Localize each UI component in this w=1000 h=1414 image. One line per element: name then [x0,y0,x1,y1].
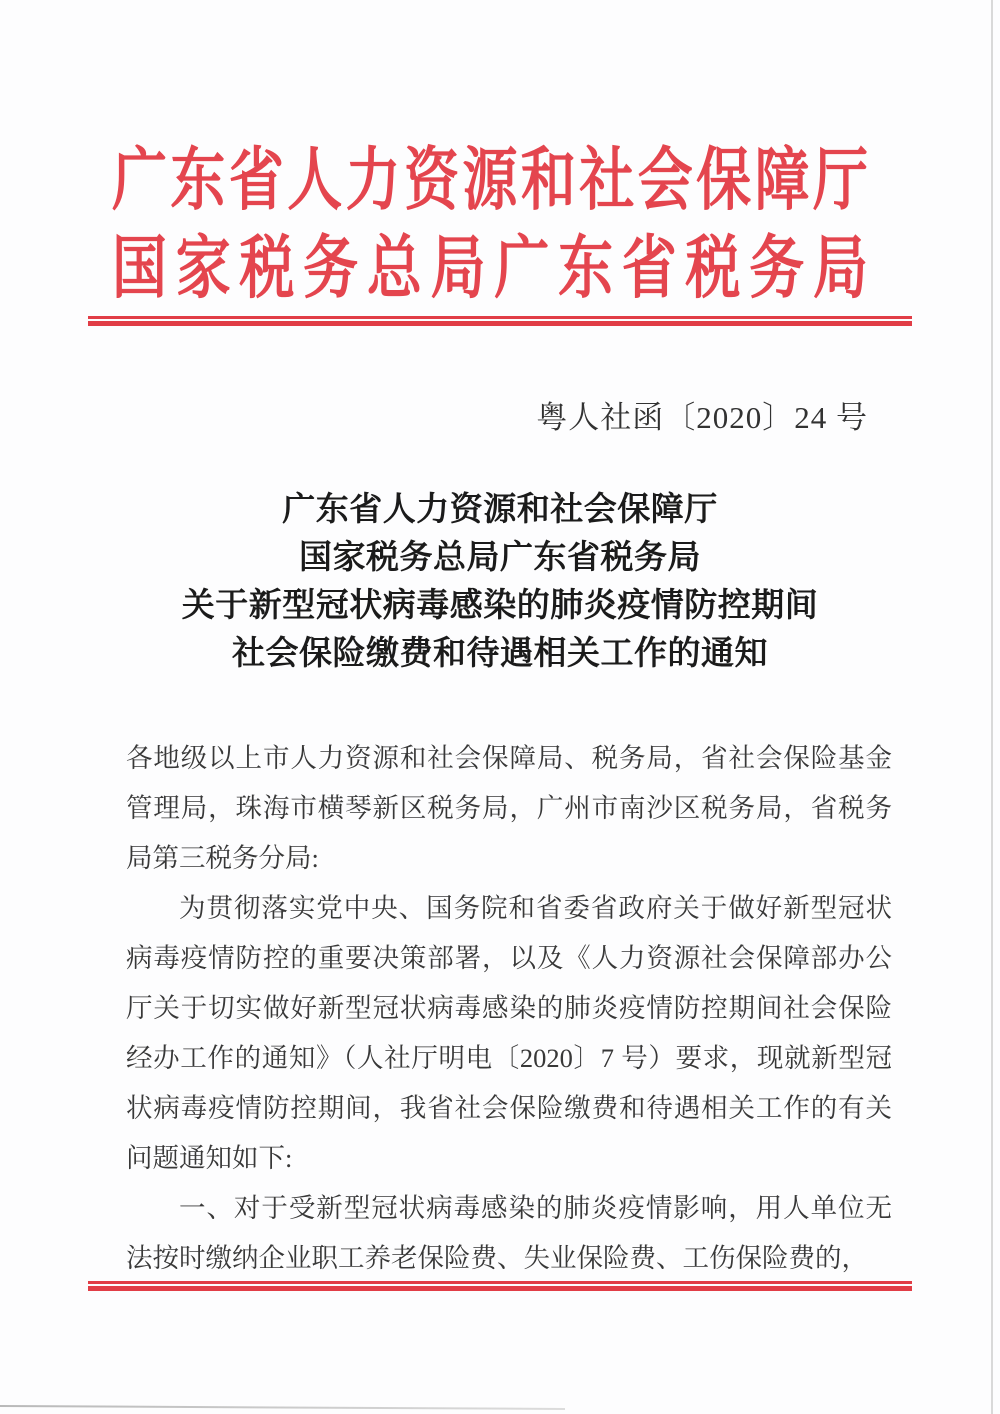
paragraph-3: 一、对于受新型冠状病毒感染的肺炎疫情影响，用人单位无法按时缴纳企业职工养老保险费… [126,1183,892,1283]
body-line: 问题通知如下: [126,1133,892,1183]
body-line: 为贯彻落实党中央、国务院和省委省政府关于做好新型冠状 [126,883,892,933]
paragraph-2: 为贯彻落实党中央、国务院和省委省政府关于做好新型冠状病毒疫情防控的重要决策部署，… [126,883,892,1183]
letterhead-line-2: 国家税务总局广东省税务局 [112,214,868,324]
footer-thick-line [88,1286,912,1291]
title-line-4: 社会保险缴费和待遇相关工作的通知 [0,630,1000,678]
divider-thick-line [88,321,912,326]
document-title: 广东省人力资源和社会保障厅国家税务总局广东省税务局关于新型冠状病毒感染的肺炎疫情… [0,486,1000,678]
red-letterhead: 广东省人力资源和社会保障厅国家税务总局广东省税务局 [112,137,868,313]
scan-artifact-right-edge [991,0,993,1414]
footer-red-line [88,1281,912,1291]
paragraph-1: 各地级以上市人力资源和社会保障局、税务局，省社会保险基金管理局，珠海市横琴新区税… [126,733,892,883]
body-line: 经办工作的通知》（人社厅明电〔2020〕7 号）要求，现就新型冠 [126,1033,892,1083]
document-body: 各地级以上市人力资源和社会保障局、税务局，省社会保险基金管理局，珠海市横琴新区税… [126,733,892,1283]
title-line-3: 关于新型冠状病毒感染的肺炎疫情防控期间 [0,582,1000,630]
body-line: 状病毒疫情防控期间，我省社会保险缴费和待遇相关工作的有关 [126,1083,892,1133]
letterhead-divider-line [88,316,912,326]
title-line-2: 国家税务总局广东省税务局 [0,534,1000,582]
body-line: 一、对于受新型冠状病毒感染的肺炎疫情影响，用人单位无 [126,1183,892,1233]
body-line: 厅关于切实做好新型冠状病毒感染的肺炎疫情防控期间社会保险 [126,983,892,1033]
body-line: 管理局，珠海市横琴新区税务局，广州市南沙区税务局，省税务 [126,783,892,833]
body-line: 各地级以上市人力资源和社会保障局、税务局，省社会保险基金 [126,733,892,783]
body-line: 局第三税务分局: [126,833,892,883]
scan-artifact-bottom-line [0,1405,565,1410]
document-number: 粤人社函〔2020〕24 号 [536,399,868,437]
body-line: 法按时缴纳企业职工养老保险费、失业保险费、工伤保险费的， [126,1233,892,1283]
body-line: 病毒疫情防控的重要决策部署，以及《人力资源社会保障部办公 [126,933,892,983]
title-line-1: 广东省人力资源和社会保障厅 [0,486,1000,534]
document-page: 广东省人力资源和社会保障厅国家税务总局广东省税务局 粤人社函〔2020〕24 号… [0,0,1000,1414]
